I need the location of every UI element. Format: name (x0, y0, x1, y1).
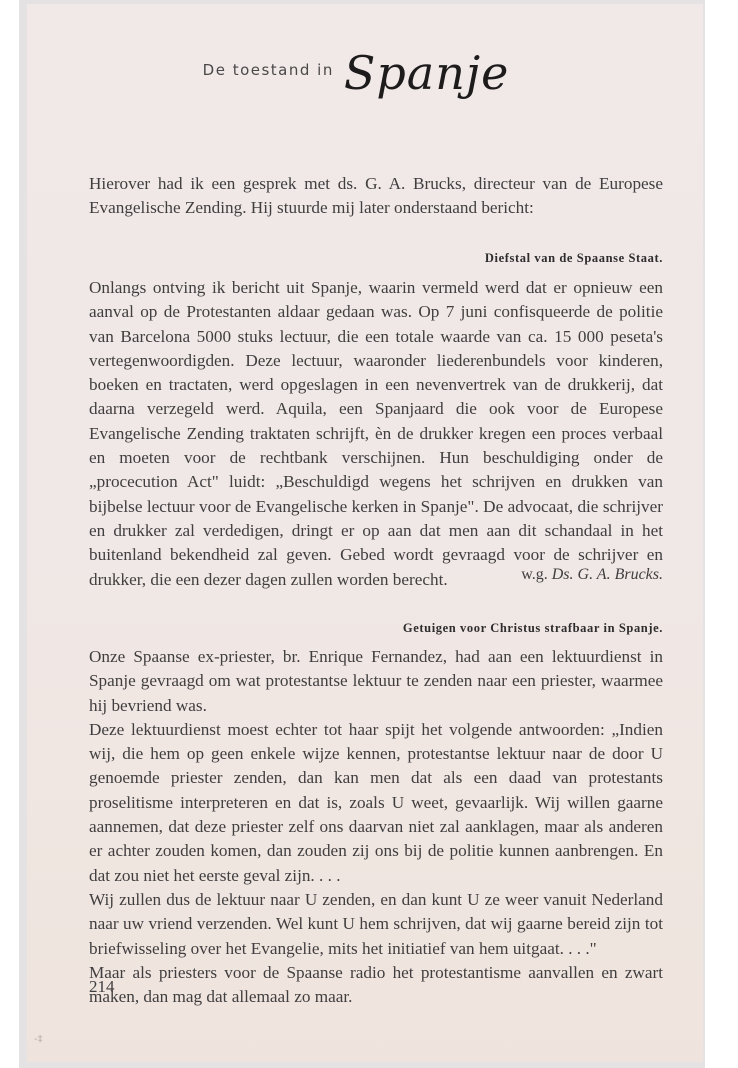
section-getuigen-paragraph: Maar als priesters voor de Spaanse radio… (89, 961, 663, 1010)
document-page: De toestand inSpanje Hierover had ik een… (27, 4, 703, 1062)
section-getuigen-paragraph: Onze Spaanse ex-priester, br. Enrique Fe… (89, 645, 663, 718)
signature: w.g. Ds. G. A. Brucks. (521, 566, 663, 584)
page-title: De toestand inSpanje (27, 46, 703, 100)
section-heading-diefstal: Diefstal van de Spaanse Staat. (485, 251, 663, 266)
signature-prefix: w.g. (521, 566, 548, 583)
section-getuigen-paragraph: Deze lektuurdienst moest echter tot haar… (89, 718, 663, 888)
signature-name: Ds. G. A. Brucks. (552, 566, 663, 583)
section-getuigen-paragraph: Wij zullen dus de lektuur naar U zenden,… (89, 888, 663, 961)
title-lead: De toestand in (203, 61, 334, 79)
title-script: Spanje (344, 46, 510, 100)
section-diefstal-paragraph: Onlangs ontving ik bericht uit Spanje, w… (89, 276, 663, 592)
section-diefstal-body: Onlangs ontving ik bericht uit Spanje, w… (89, 276, 663, 592)
section-heading-getuigen: Getuigen voor Christus strafbaar in Span… (403, 621, 663, 636)
section-getuigen-body: Onze Spaanse ex-priester, br. Enrique Fe… (89, 645, 663, 1009)
intro-text: Hierover had ik een gesprek met ds. G. A… (89, 172, 663, 221)
page-number: 214 (89, 977, 115, 997)
margin-mark: -‡ (34, 1034, 43, 1045)
intro-paragraph: Hierover had ik een gesprek met ds. G. A… (89, 172, 663, 221)
